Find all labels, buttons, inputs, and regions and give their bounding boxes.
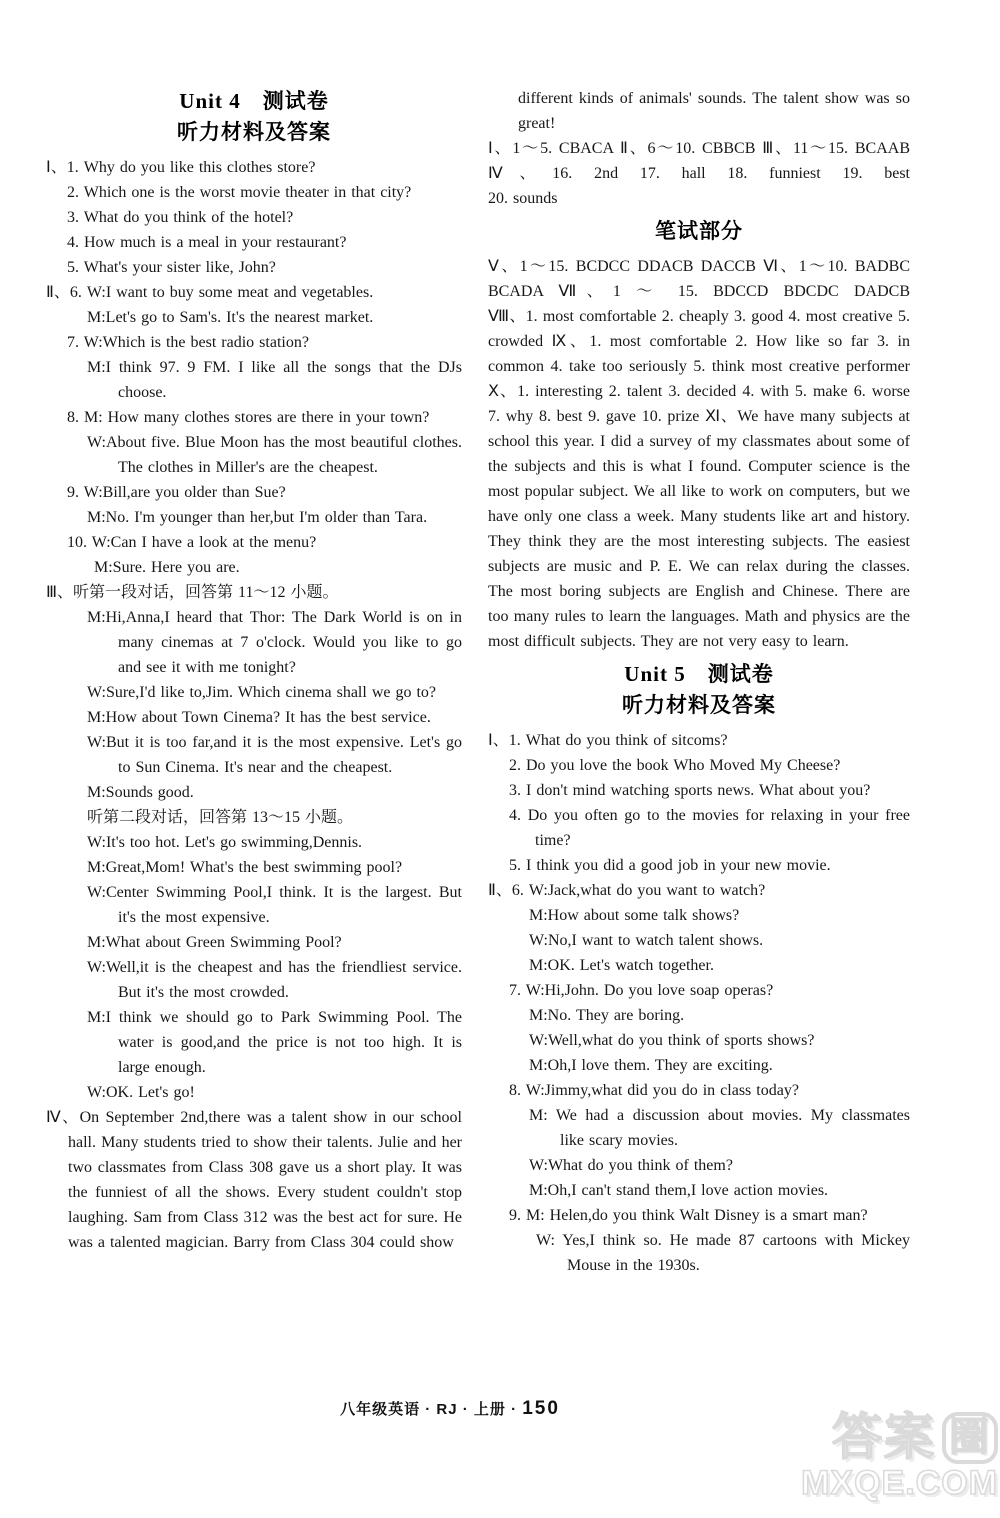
text-line: M:I think we should go to Park Swimming … [46, 1005, 462, 1080]
text-line: Ⅳ、16. 2nd 17. hall 18. funniest 19. best [488, 161, 910, 186]
text-line: Ⅰ、1. Why do you like this clothes store? [46, 155, 462, 180]
text-line: M:No. They are boring. [488, 1003, 910, 1028]
text-line: 9. M: Helen,do you think Walt Disney is … [488, 1203, 910, 1228]
text-line: 3. I don't mind watching sports news. Wh… [488, 778, 910, 803]
text-line: W:Well,it is the cheapest and has the fr… [46, 955, 462, 1005]
watermark: 答案圈 MXQE.COM [708, 1412, 998, 1500]
footer-text: 八年级英语 · RJ · 上册 · [340, 1401, 522, 1418]
text-line: 4. How much is a meal in your restaurant… [46, 230, 462, 255]
written-section-body: Ⅴ、1～15. BCDCC DDACB DACCB Ⅵ、1～10. BADBCB… [488, 254, 910, 654]
text-line: 8. W:Jimmy,what did you do in class toda… [488, 1078, 910, 1103]
text-line: 7. W:Which is the best radio station? [46, 330, 462, 355]
unit4-continuation-and-answers: different kinds of animals' sounds. The … [488, 86, 910, 211]
text-line: W:Well,what do you think of sports shows… [488, 1028, 910, 1053]
right-column: different kinds of animals' sounds. The … [488, 86, 910, 1278]
unit5-title: Unit 5 测试卷 [488, 659, 910, 690]
text-line: M:Sure. Here you are. [46, 555, 462, 580]
text-line: 20. sounds [488, 186, 910, 211]
text-line: 4. Do you often go to the movies for rel… [488, 803, 910, 853]
text-line: M:Oh,I love them. They are exciting. [488, 1053, 910, 1078]
text-line: Ⅱ、6. W:I want to buy some meat and veget… [46, 280, 462, 305]
content-columns: Unit 4 测试卷 听力材料及答案 Ⅰ、1. Why do you like … [0, 0, 1000, 1278]
text-line: M:How about some talk shows? [488, 903, 910, 928]
text-line: 5. I think you did a good job in your ne… [488, 853, 910, 878]
text-line: W:OK. Let's go! [46, 1080, 462, 1105]
text-line: M:Great,Mom! What's the best swimming po… [46, 855, 462, 880]
text-line: 7. W:Hi,John. Do you love soap operas? [488, 978, 910, 1003]
text-line: W:But it is too far,and it is the most e… [46, 730, 462, 780]
text-line: Ⅰ、1～5. CBACA Ⅱ、6～10. CBBCB Ⅲ、11～15. BCAA… [488, 136, 910, 161]
text-line: 8. M: How many clothes stores are there … [46, 405, 462, 430]
page: Unit 4 测试卷 听力材料及答案 Ⅰ、1. Why do you like … [0, 0, 1000, 1518]
text-line: M: We had a discussion about movies. My … [488, 1103, 910, 1153]
written-section-heading: 笔试部分 [488, 216, 910, 247]
text-line: 2. Which one is the worst movie theater … [46, 180, 462, 205]
text-line: W:No,I want to watch talent shows. [488, 928, 910, 953]
text-line: 5. What's your sister like, John? [46, 255, 462, 280]
text-line: W:Sure,I'd like to,Jim. Which cinema sha… [46, 680, 462, 705]
text-line: M:Hi,Anna,I heard that Thor: The Dark Wo… [46, 605, 462, 680]
text-line: W:Center Swimming Pool,I think. It is th… [46, 880, 462, 930]
text-line: Ⅴ、1～15. BCDCC DDACB DACCB Ⅵ、1～10. BADBC [488, 254, 910, 279]
text-line: M:Oh,I can't stand them,I love action mo… [488, 1178, 910, 1203]
text-line: M:How about Town Cinema? It has the best… [46, 705, 462, 730]
unit4-title: Unit 4 测试卷 [46, 86, 462, 117]
text-line: M:Sounds good. [46, 780, 462, 805]
text-line: W: Yes,I think so. He made 87 cartoons w… [488, 1228, 910, 1278]
text-line: M:OK. Let's watch together. [488, 953, 910, 978]
unit4-listening-heading: 听力材料及答案 [46, 117, 462, 148]
unit5-listening-body: Ⅰ、1. What do you think of sitcoms?2. Do … [488, 728, 910, 1278]
text-line: Ⅱ、6. W:Jack,what do you want to watch? [488, 878, 910, 903]
text-line: 听第二段对话，回答第 13～15 小题。 [46, 805, 462, 830]
watermark-circle-char: 圈 [942, 1412, 998, 1464]
text-line: 9. W:Bill,are you older than Sue? [46, 480, 462, 505]
text-line: M:I think 97. 9 FM. I like all the songs… [46, 355, 462, 405]
text-line: W:It's too hot. Let's go swimming,Dennis… [46, 830, 462, 855]
text-line: 2. Do you love the book Who Moved My Che… [488, 753, 910, 778]
text-line: 10. W:Can I have a look at the menu? [46, 530, 462, 555]
text-line: Ⅷ、1. most comfortable 2. cheaply 3. good… [488, 304, 910, 654]
text-line: W:About five. Blue Moon has the most bea… [46, 430, 462, 480]
text-line: M:No. I'm younger than her,but I'm older… [46, 505, 462, 530]
watermark-logo: 答案圈 [708, 1412, 998, 1464]
text-line: BCADA Ⅶ、1 ～ 15. BDCCD BDCDC DADCB [488, 279, 910, 304]
text-line: Ⅰ、1. What do you think of sitcoms? [488, 728, 910, 753]
text-line: 3. What do you think of the hotel? [46, 205, 462, 230]
left-column: Unit 4 测试卷 听力材料及答案 Ⅰ、1. Why do you like … [46, 86, 462, 1278]
text-line: M:What about Green Swimming Pool? [46, 930, 462, 955]
text-line: Ⅳ、On September 2nd,there was a talent sh… [46, 1105, 462, 1255]
page-number: 150 [522, 1398, 560, 1419]
text-line: different kinds of animals' sounds. The … [488, 86, 910, 136]
unit5-listening-heading: 听力材料及答案 [488, 690, 910, 721]
unit4-listening-body: Ⅰ、1. Why do you like this clothes store?… [46, 155, 462, 1255]
text-line: W:What do you think of them? [488, 1153, 910, 1178]
text-line: Ⅲ、听第一段对话，回答第 11～12 小题。 [46, 580, 462, 605]
watermark-text-cn: 答案 [832, 1409, 936, 1465]
text-line: M:Let's go to Sam's. It's the nearest ma… [46, 305, 462, 330]
watermark-url: MXQE.COM [708, 1466, 998, 1500]
